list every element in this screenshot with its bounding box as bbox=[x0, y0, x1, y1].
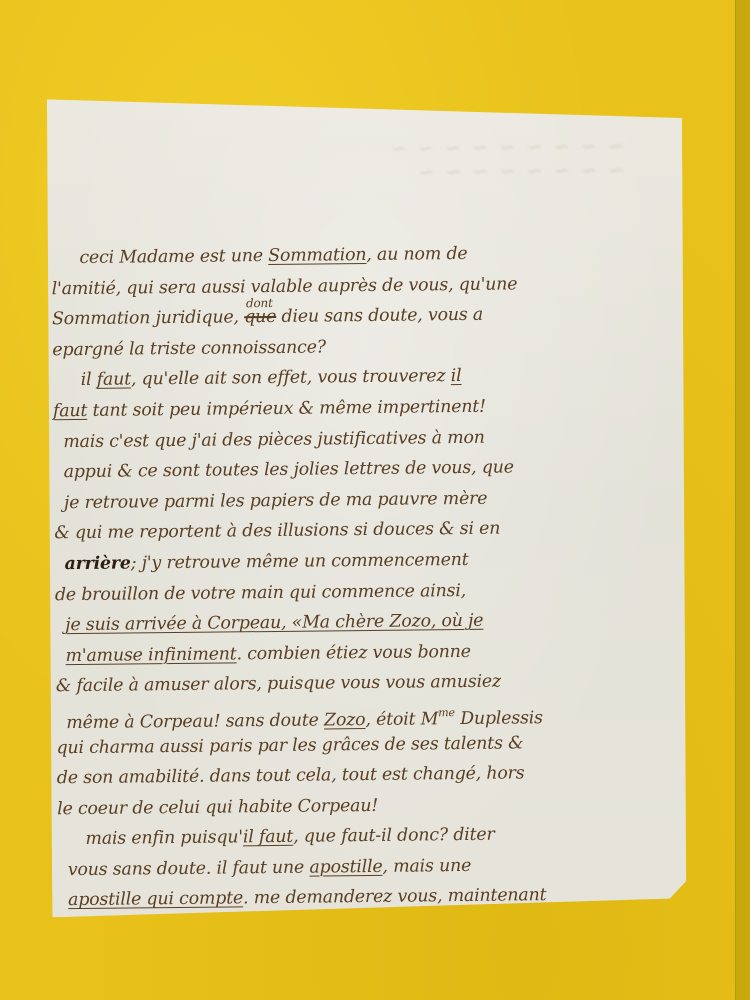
letter-paper: ~ ~ ~ ~ ~ ~ ~ ~ ~~ ~ ~ ~ ~ ~ ~ ~ ceci Ma… bbox=[44, 93, 691, 918]
handwritten-letter: ceci Madame est une Sommation, au nom de… bbox=[51, 237, 682, 917]
ink-bleed-through: ~ ~ ~ ~ ~ ~ ~ ~ ~~ ~ ~ ~ ~ ~ ~ ~ bbox=[204, 133, 625, 227]
background-edge-strip bbox=[735, 0, 750, 1000]
insertion-above: dont bbox=[246, 288, 273, 319]
